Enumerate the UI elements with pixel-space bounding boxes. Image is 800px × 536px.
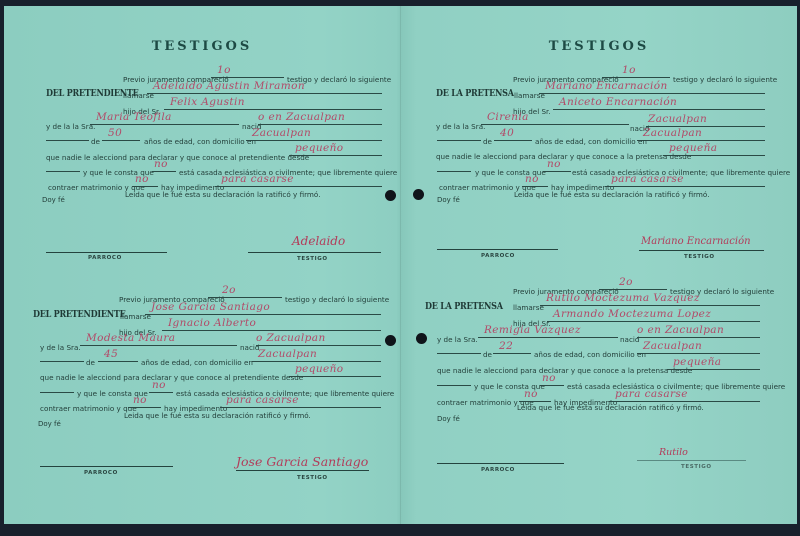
testigo-label: TESTIGO <box>297 256 328 262</box>
field-age: 50 <box>102 131 140 141</box>
label-contraer: contraer matrimonio y que <box>40 404 137 413</box>
role-label: DEL PRETENDIENTE <box>33 309 126 320</box>
field-age: 22 <box>493 344 531 354</box>
role-label: DE LA PRETENSA <box>425 301 503 312</box>
handwritten-value: no <box>135 173 149 185</box>
field-mother: Modesta Maura <box>80 336 237 346</box>
handwritten-value: Maria Teofila <box>96 111 172 123</box>
handwritten-value: no <box>542 372 556 384</box>
parroco-label: PARROCO <box>481 467 515 473</box>
label-anos: años de edad, con domicilio en <box>144 137 256 146</box>
field-married: no <box>152 162 176 172</box>
handwritten-value: Zacualpan <box>648 113 707 125</box>
parroco-signature-line <box>40 466 173 467</box>
testigo-signature-line <box>236 470 369 471</box>
field-impediment-text: para casarse <box>605 177 765 187</box>
handwritten-value: 2o <box>222 284 236 296</box>
field-witness-number: 1o <box>211 68 284 78</box>
field-mother: Maria Teofila <box>90 115 239 125</box>
field-blank <box>40 352 84 362</box>
field-mother: Cirenia <box>481 115 629 125</box>
label-madre: y de la Sra. <box>437 335 478 344</box>
handwritten-value: 22 <box>499 340 513 352</box>
testigo-signature-line <box>248 252 381 253</box>
label-doy-fe: Doy fé <box>437 415 460 423</box>
field-name: Jose Garcia Santiago <box>145 305 381 315</box>
parroco-signature-line <box>46 252 167 253</box>
handwritten-value: o Zacualpan <box>256 332 326 344</box>
handwritten-value: Jose Garcia Santiago <box>151 301 270 313</box>
right-page: TESTIGOS Previo juramento compareció 1o … <box>401 6 797 524</box>
left-page: TESTIGOS Previo juramento compareció 1o … <box>4 6 400 524</box>
field-domicile: Zacualpan <box>252 352 381 362</box>
testigo-label: TESTIGO <box>681 464 712 470</box>
handwritten-value: 50 <box>108 127 122 139</box>
handwritten-value: 1o <box>622 64 636 76</box>
handwritten-value: no <box>524 388 538 400</box>
field-blank <box>437 344 481 354</box>
field-impediment-text: para casarse <box>609 392 760 402</box>
page-title: TESTIGOS <box>4 39 400 54</box>
punch-hole <box>413 189 424 200</box>
field-blank <box>437 162 471 172</box>
field-born: o Zacualpan <box>256 336 381 346</box>
handwritten-value: no <box>133 394 147 406</box>
handwritten-value: o en Zacualpan <box>637 324 724 336</box>
field-domicile: Zacualpan <box>246 131 382 141</box>
label-doy-fe: Doy fé <box>38 420 61 428</box>
field-name: Mariano Encarnación <box>539 84 765 94</box>
label-madre: y de la la Sra. <box>436 122 485 131</box>
field-blank <box>40 383 74 393</box>
field-witness-number: 2o <box>208 288 282 298</box>
handwritten-value: Armando Moctezuma Lopez <box>553 308 711 320</box>
field-blank <box>437 131 481 141</box>
testigo-label: TESTIGO <box>297 475 328 481</box>
handwritten-value: pequeño <box>295 363 344 375</box>
field-age: 45 <box>98 352 138 362</box>
handwritten-value: pequeña <box>669 142 717 154</box>
paper-sheet: TESTIGOS Previo juramento compareció 1o … <box>4 6 797 524</box>
field-witness-number: 1o <box>602 68 670 78</box>
handwritten-value: Felix Agustin <box>170 96 245 108</box>
label-testigo: testigo y declaró lo siguiente <box>285 295 389 304</box>
field-father: Ignacio Alberto <box>162 321 381 331</box>
parroco-label: PARROCO <box>84 470 118 476</box>
witness-signature: Jose Garcia Santiago <box>236 454 368 469</box>
handwritten-value: Zacualpan <box>643 127 702 139</box>
witness-signature: Rutilo <box>659 447 688 458</box>
field-born: o en Zacualpan <box>258 115 382 125</box>
field-blank <box>46 131 89 141</box>
label-de: de <box>91 137 100 146</box>
field-blank <box>46 162 80 172</box>
field-mother: Remigia Vazquez <box>478 328 618 338</box>
field-married: no <box>540 376 564 386</box>
parroco-signature-line <box>437 463 564 464</box>
label-leida: Leida que le fué esta su declaración la … <box>514 190 709 199</box>
field-impediment-text: para casarse <box>220 398 381 408</box>
field-impediment-text: para casarse <box>215 177 382 187</box>
field-father: Armando Moctezuma Lopez <box>547 312 760 322</box>
witness-signature: Adelaido <box>292 234 345 248</box>
field-witness-number: 2o <box>599 280 667 290</box>
field-name: Rutilo Moctezuma Vazquez <box>540 296 760 306</box>
label-de: de <box>483 137 492 146</box>
field-domicile: Zacualpan <box>637 344 760 354</box>
field-name: Adelaido Agustin Miramon <box>147 84 382 94</box>
field-known-since: pequeña <box>667 360 760 370</box>
handwritten-value: para casarse <box>615 388 688 400</box>
handwritten-value: no <box>547 158 561 170</box>
field-known-since: pequeña <box>663 146 765 156</box>
handwritten-value: no <box>152 379 166 391</box>
handwritten-value: Cirenia <box>487 111 529 123</box>
label-de: de <box>483 350 492 359</box>
handwritten-value: no <box>525 173 539 185</box>
handwritten-value: Zacualpan <box>643 340 702 352</box>
label-leida: Leida que le fué esta su declaración la … <box>125 190 320 199</box>
handwritten-value: 1o <box>217 64 231 76</box>
field-known-since: pequeño <box>289 367 381 377</box>
handwritten-value: Modesta Maura <box>86 332 175 344</box>
punch-hole <box>416 333 427 344</box>
handwritten-value: Ignacio Alberto <box>168 317 256 329</box>
label-que-nadie: que nadie le alecciond para declarar y q… <box>40 373 303 382</box>
label-testigo: testigo y declaró lo siguiente <box>673 75 777 84</box>
field-age: 40 <box>494 131 532 141</box>
field-father: Felix Agustin <box>164 100 382 110</box>
handwritten-value: pequeña <box>673 356 721 368</box>
page-title: TESTIGOS <box>401 39 797 54</box>
label-madre: y de la Sra. <box>40 343 81 352</box>
label-anos: años de edad, con domicilio en <box>535 137 647 146</box>
label-anos: años de edad, con domicilio en <box>141 358 253 367</box>
field-known-since: pequeño <box>289 146 382 156</box>
field-father: Aniceto Encarnación <box>553 100 765 110</box>
field-impediment-no: no <box>132 177 158 187</box>
field-married: no <box>543 162 571 172</box>
label-doy-fe: Doy fé <box>42 196 65 204</box>
handwritten-value: Aniceto Encarnación <box>559 96 677 108</box>
handwritten-value: para casarse <box>226 394 299 406</box>
handwritten-value: o en Zacualpan <box>258 111 345 123</box>
label-que-nadie: que nadie le alecciond para declarar y q… <box>436 152 691 161</box>
witness-signature: Mariano Encarnación <box>641 236 751 247</box>
field-impediment-no: no <box>519 392 551 402</box>
testigo-signature-line <box>639 250 764 251</box>
handwritten-value: no <box>154 158 168 170</box>
label-de: de <box>86 358 95 367</box>
role-label: DE LA PRETENSA <box>436 88 514 99</box>
field-blank <box>437 376 471 386</box>
handwritten-value: Adelaido Agustin Miramon <box>153 80 305 92</box>
handwritten-value: 45 <box>104 348 118 360</box>
scanned-document: TESTIGOS Previo juramento compareció 1o … <box>0 0 800 536</box>
label-que-nadie: que nadie le alecciond para declarar y q… <box>46 153 309 162</box>
handwritten-value: Remigia Vazquez <box>484 324 581 336</box>
punch-hole <box>385 190 396 201</box>
label-leida: Leida que le fué esta su declaración rat… <box>124 411 311 420</box>
handwritten-value: Zacualpan <box>258 348 317 360</box>
field-domicile: Zacualpan <box>637 131 765 141</box>
label-que-nadie: que nadie le alecciond para declarar y q… <box>437 366 692 375</box>
field-married: no <box>149 383 173 393</box>
parroco-label: PARROCO <box>481 253 515 259</box>
label-madre: y de la la Sra. <box>46 122 95 131</box>
testigo-signature-line <box>637 460 746 461</box>
parroco-label: PARROCO <box>88 255 122 261</box>
field-born: Zacualpan <box>646 117 765 127</box>
label-leida: Leida que le fué esta su declaración rat… <box>517 403 704 412</box>
label-anos: años de edad, con domicilio en <box>534 350 646 359</box>
punch-hole <box>385 335 396 346</box>
handwritten-value: Mariano Encarnación <box>545 80 668 92</box>
field-born: o en Zacualpan <box>637 328 760 338</box>
label-doy-fe: Doy fé <box>437 196 460 204</box>
testigo-label: TESTIGO <box>684 254 715 260</box>
handwritten-value: 2o <box>619 276 633 288</box>
handwritten-value: para casarse <box>221 173 294 185</box>
field-impediment-no: no <box>128 398 161 408</box>
handwritten-value: para casarse <box>611 173 684 185</box>
parroco-signature-line <box>437 249 558 250</box>
handwritten-value: pequeño <box>295 142 344 154</box>
handwritten-value: Zacualpan <box>252 127 311 139</box>
handwritten-value: 40 <box>500 127 514 139</box>
handwritten-value: Rutilo Moctezuma Vazquez <box>546 292 700 304</box>
field-impediment-no: no <box>522 177 548 187</box>
